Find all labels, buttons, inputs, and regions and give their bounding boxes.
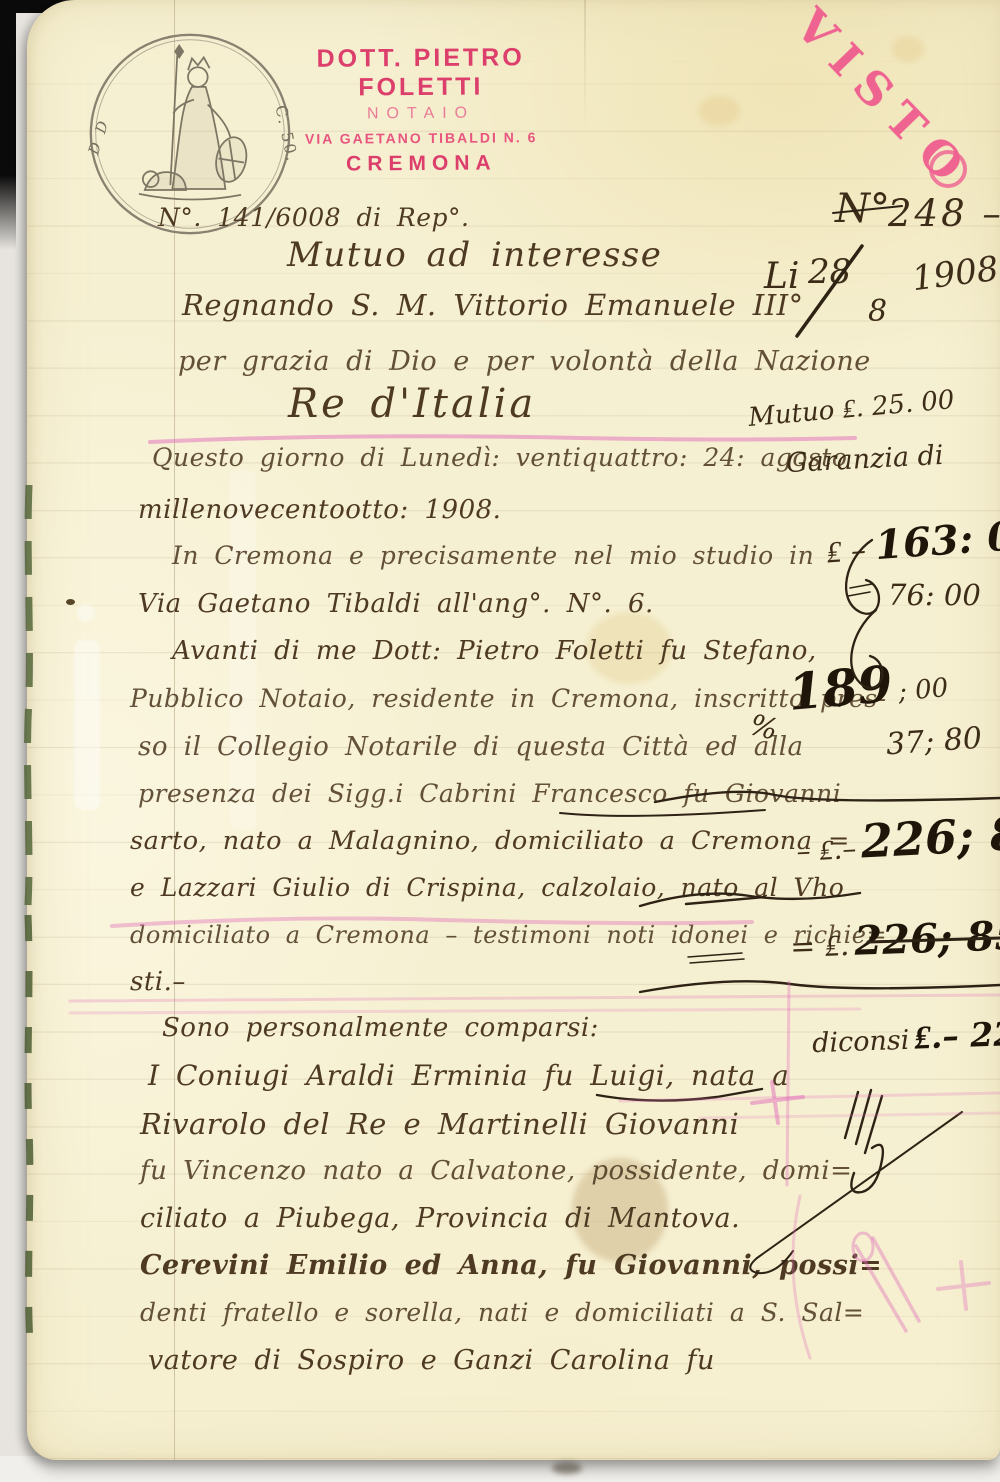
seal-monogram: D D (85, 116, 113, 158)
manuscript-line: Questo giorno di Lunedì: ventiquattro: 2… (152, 443, 847, 472)
diconsi-label: diconsi (812, 1025, 910, 1059)
amount-value: 226; 8 (860, 806, 1000, 868)
manuscript-line: Via Gaetano Tibaldi all'ang°. N°. 6. (138, 589, 654, 619)
manuscript-line: per grazia di Dio e per volontà della Na… (178, 346, 871, 377)
currency-symbol: = ₤. (790, 928, 850, 965)
margin-total-1: – ₤.– 226; 8 (795, 806, 1000, 872)
manuscript-line: sarto, nato a Malagnino, domiciliato a C… (130, 826, 850, 856)
notary-name: DOTT. PIETRO FOLETTI (268, 43, 574, 103)
notary-address: VIA GAETANO TIBALDI N. 6 (268, 129, 574, 147)
paper-stain (698, 96, 740, 126)
manuscript-line: vatore di Sospiro e Ganzi Carolina fu (148, 1345, 715, 1376)
ink-speck (66, 599, 75, 605)
manuscript-line: Cerevini Emilio ed Anna, fu Giovanni, po… (140, 1250, 882, 1281)
paper-crease (584, 0, 586, 130)
manuscript-line: millenovecentootto: 1908. (138, 495, 501, 525)
manuscript-line: fu Vincenzo nato a Calvatone, possidente… (140, 1156, 852, 1186)
edge-smudge (552, 1462, 582, 1474)
currency-symbol: – ₤.– (796, 832, 857, 868)
registration-number: 248 – (888, 192, 1000, 235)
amount-value: 189 (786, 654, 895, 722)
repertory-number: N°. 141/6008 di Rep°. (158, 203, 470, 232)
registration-number-label: N° (835, 186, 890, 232)
manuscript-line: Re d'Italia (288, 381, 536, 427)
visto-stamp-ring (929, 150, 967, 188)
manuscript-line: In Cremona e precisamente nel mio studio… (172, 541, 814, 570)
manuscript-line: presenza dei Sigg.i Cabrini Francesco fu… (138, 779, 841, 808)
allegorical-figure (139, 46, 250, 200)
watermark-shape (74, 640, 100, 810)
manuscript-line: I Coniugi Araldi Erminia fu Luigi, nata … (148, 1059, 789, 1092)
notary-title: NOTAIO (268, 104, 574, 124)
manuscript-line: so il Collegio Notarile di questa Città … (138, 732, 804, 762)
margin-amount-4: 37; 80 (885, 721, 983, 763)
margin-total-2: = ₤. 226; 85 (789, 912, 1000, 967)
scan-background-corner (0, 0, 16, 250)
margin-amount-2: 76: 00 (888, 578, 981, 612)
currency-symbol: ₤ – (825, 533, 867, 571)
amount-value: 226; 85 (854, 912, 1000, 965)
scanned-notarial-deed: C. 50. D D DOTT. PIETRO FOLETTI NOTAIO V… (0, 0, 1000, 1482)
manuscript-line: Avanti di me Dott: Pietro Foletti fu Ste… (172, 636, 817, 666)
manuscript-line: Pubblico Notaio, residente in Cremona, i… (130, 684, 887, 713)
manuscript-line: domiciliato a Cremona – testimoni noti i… (130, 921, 887, 949)
date-day: 28 (808, 252, 851, 292)
amount-value: ₤.– 226; 85 (914, 1011, 1000, 1057)
notary-city: CREMONA (268, 151, 574, 177)
manuscript-line: Sono personalmente comparsi: (162, 1013, 599, 1043)
notary-letterhead-stamp: DOTT. PIETRO FOLETTI NOTAIO VIA GAETANO … (268, 43, 575, 177)
manuscript-line: ciliato a Piubega, Provincia di Mantova. (140, 1203, 740, 1234)
manuscript-line: sti.– (130, 967, 186, 997)
amount-cents: ; 00 (897, 673, 950, 707)
manuscript-line: Rivarolo del Re e Martinelli Giovanni (140, 1107, 739, 1141)
paper-stain (892, 36, 924, 62)
date-month: 8 (868, 294, 887, 329)
manuscript-line: denti fratello e sorella, nati e domicil… (140, 1298, 864, 1327)
deed-title: Mutuo ad interesse (287, 235, 662, 275)
manuscript-line: e Lazzari Giulio di Crispina, calzolaio,… (130, 873, 844, 902)
watermark-shape (77, 604, 95, 622)
manuscript-line: Regnando S. M. Vittorio Emanuele III° (182, 288, 804, 322)
